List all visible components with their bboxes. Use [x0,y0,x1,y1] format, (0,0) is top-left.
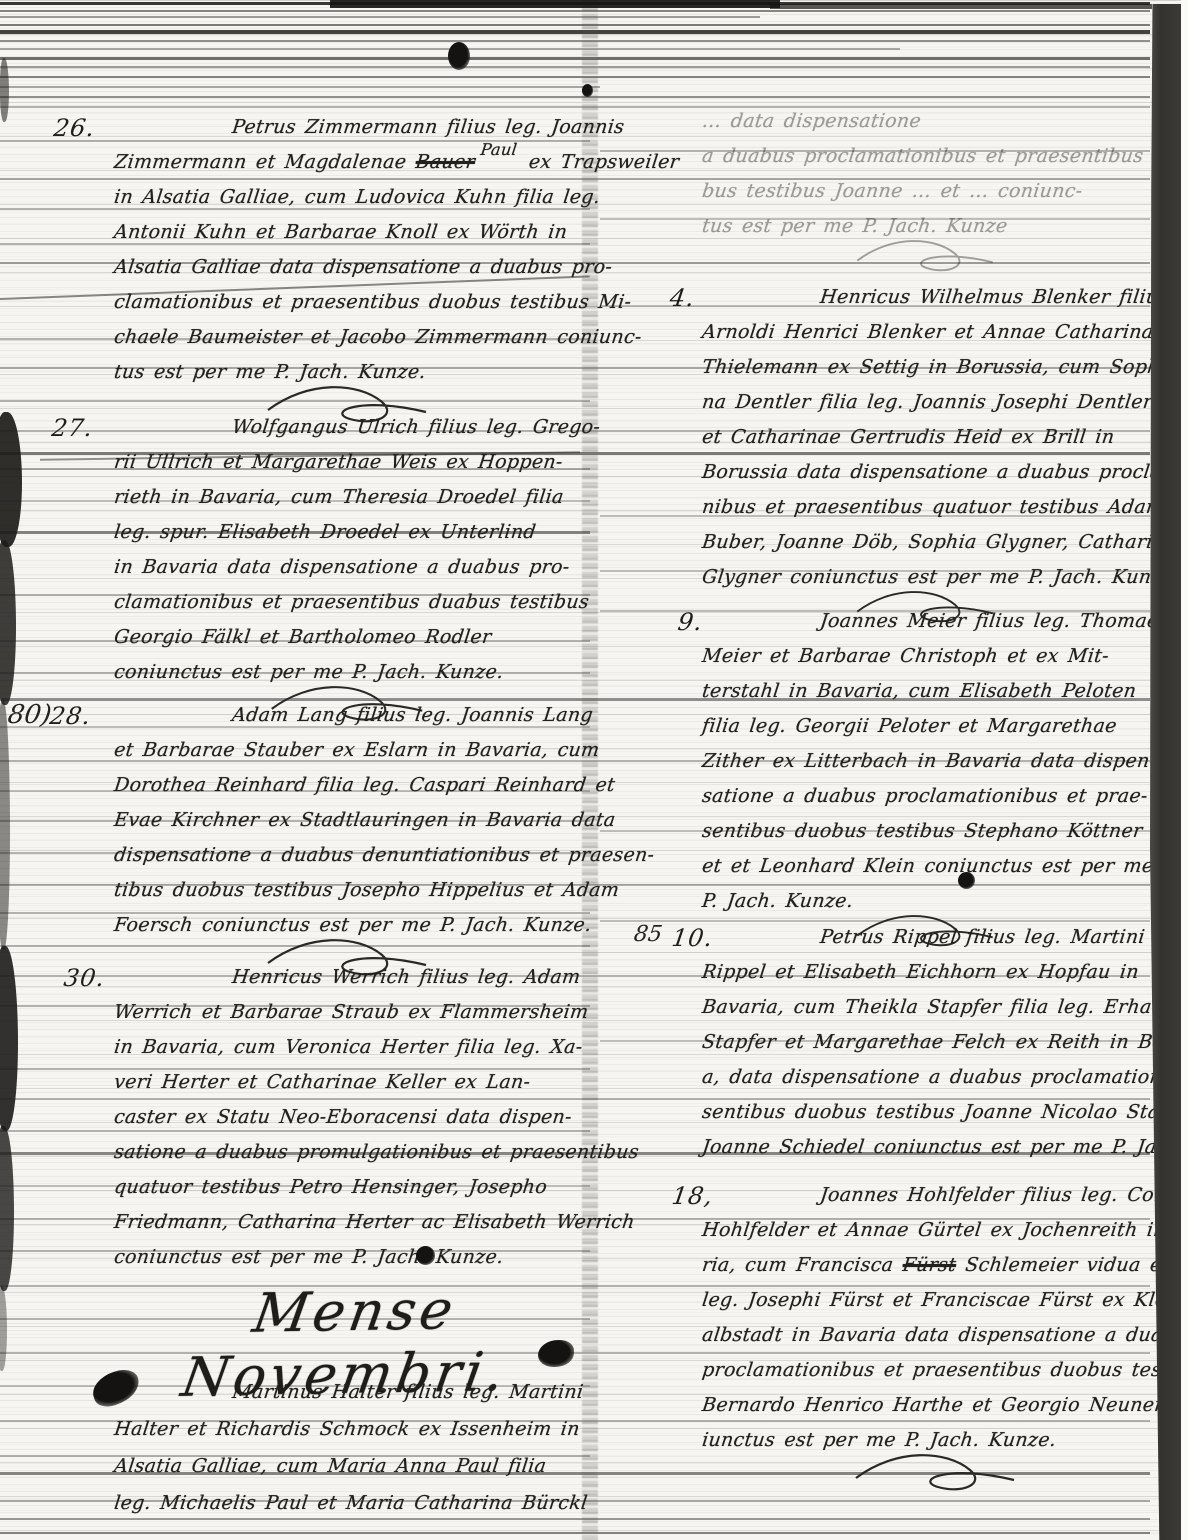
handwritten-line: Borussia data dispensatione a duabus pro… [700,455,1159,490]
handwritten-line: rieth in Bavaria, cum Theresia Droedel f… [112,480,591,515]
handwritten-line: leg. Michaelis Paul et Maria Catharina B… [112,1485,592,1522]
handwritten-line: filia leg. Georgii Peloter et Margaretha… [700,709,1159,744]
handwritten-line: Adam Lang filius leg. Joannis Lang [112,698,591,733]
scanned-register-page: { "register": { "left_column": { "entrie… [0,0,1188,1540]
handwritten-line: Antonii Kuhn et Barbarae Knoll ex Wörth … [112,215,591,250]
handwritten-line: Evae Kirchner ex Stadtlauringen in Bavar… [112,803,591,838]
handwritten-line: coniunctus est per me P. Jach. Kunze. [112,655,591,690]
register-entry-26: 26. Petrus Zimmermann filius leg. Joanni… [112,110,587,428]
signature-flourish [850,1454,1020,1496]
handwritten-line: sentibus duobus testibus Stephano Köttne… [700,814,1159,849]
scan-streak [0,57,1150,60]
handwritten-line: P. Jach. Kunze. [700,884,1159,919]
handwritten-line: satione a duabus promulgationibus et pra… [112,1135,591,1170]
handwritten-line: rii Ullrich et Margarethae Weis ex Hoppe… [112,445,591,480]
handwritten-line: Glygner coniunctus est per me P. Jach. K… [700,560,1159,595]
handwritten-line: Martinus Halter filius leg. Martini [112,1374,592,1411]
handwritten-line: ria, cum Francisca Fürst Schlemeier vidu… [700,1248,1159,1283]
handwritten-line: clamationibus et praesentibus duabus tes… [112,585,591,620]
margin-number: 80) [6,700,53,730]
right-edge-margin [1181,0,1188,1540]
scan-streak [0,24,1150,26]
handwritten-line: Buber, Joanne Döb, Sophia Glygner, Catha… [700,525,1159,560]
handwritten-line: sentibus duobus testibus Joanne Nicolao … [700,1095,1159,1130]
entry-number: 30. [62,964,107,992]
ink-blob [582,84,593,97]
handwritten-line: Georgio Fälkl et Bartholomeo Rodler [112,620,591,655]
handwritten-line: tus est per me P. Jach. Kunze [700,209,1159,244]
entry-number: 26. [52,114,97,142]
register-entry-18: 18, Joannes Hohlfelder filius leg. Conra… [700,1178,1155,1496]
handwritten-line: bus testibus Joanne … et … coniunc- [700,174,1159,209]
handwritten-line: caster ex Statu Neo-Eboracensi data disp… [112,1100,591,1135]
handwritten-line: Joannes Hohlfelder filius leg. Conradi [700,1178,1159,1213]
handwritten-line: Joanne Schiedel coniunctus est per me P.… [700,1130,1159,1165]
handwritten-line: Alsatia Galliae data dispensatione a dua… [112,250,591,285]
handwritten-line: iunctus est per me P. Jach. Kunze. [700,1423,1159,1458]
scan-streak [0,76,1150,78]
handwritten-line: chaele Baumeister et Jacobo Zimmermann c… [112,320,591,355]
handwritten-line: Joannes Meier filius leg. Thomae [700,604,1159,639]
entry-number: 28. [48,702,93,730]
ink-blob [448,42,470,70]
handwritten-line: Wolfgangus Ulrich filius leg. Grego- [112,410,591,445]
register-entry-4: 4. Henricus Wilhelmus Blenker filius leg… [700,280,1155,627]
handwritten-line: Meier et Barbarae Christoph et ex Mit- [700,639,1159,674]
register-entry-10: 85 10. Petrus Rippel filius leg. Martini… [700,920,1155,1165]
handwritten-line: Henricus Wilhelmus Blenker filius leg. [700,280,1159,315]
handwritten-line: in Bavaria, cum Veronica Herter filia le… [112,1030,591,1065]
handwritten-line: Bernardo Henrico Harthe et Georgio Neune… [700,1388,1159,1423]
scan-streak [0,16,760,18]
handwritten-line: Stapfer et Margarethae Felch ex Reith in… [700,1025,1159,1060]
scan-streak [0,66,1150,68]
entry-text: Henricus Werrich filius leg. AdamWerrich… [112,960,587,1275]
scan-streak [0,96,1150,98]
scan-streak [0,40,1150,42]
handwritten-line: nibus et praesentibus quatuor testibus A… [700,490,1159,525]
entry-text: Joannes Meier filius leg. ThomaeMeier et… [700,604,1155,919]
register-entry-9: 9. Joannes Meier filius leg. ThomaeMeier… [700,604,1155,951]
handwritten-line: Hohlfelder et Annae Gürtel ex Jochenreit… [700,1213,1159,1248]
handwritten-line: leg. spur. Elisabeth Droedel ex Unterlin… [112,515,591,550]
handwritten-line: na Dentler filia leg. Joannis Josephi De… [700,385,1159,420]
register-entry-partial: … data dispensationea duabus proclamatio… [700,104,1155,276]
entry-text: Adam Lang filius leg. Joannis Langet Bar… [112,698,587,943]
handwritten-line: … data dispensatione [700,104,1159,139]
ink-blob [416,1246,435,1265]
handwritten-line: a duabus proclamationibus et praesentibu… [700,139,1159,174]
signature-flourish [850,240,1000,276]
handwritten-line: veri Herter et Catharinae Keller ex Lan- [112,1065,591,1100]
handwritten-line: albstadt in Bavaria data dispensatione a… [700,1318,1159,1353]
entry-number: 4. [668,284,697,312]
entry-text: Martinus Halter filius leg. MartiniHalte… [112,1374,587,1522]
handwritten-line: tus est per me P. Jach. Kunze. [112,355,591,390]
handwritten-line: quatuor testibus Petro Hensinger, Joseph… [112,1170,591,1205]
handwritten-line: Foersch coniunctus est per me P. Jach. K… [112,908,591,943]
entry-text: Petrus Zimmermann filius leg. JoannisZim… [112,110,587,390]
handwritten-line: Bavaria, cum Theikla Stapfer filia leg. … [700,990,1159,1025]
handwritten-line: et et Leonhard Klein coniunctus est per … [700,849,1159,884]
margin-number: 85 [632,922,664,947]
entry-text: Henricus Wilhelmus Blenker filius leg.Ar… [700,280,1155,595]
handwritten-line: in Alsatia Galliae, cum Ludovica Kuhn fi… [112,180,591,215]
register-entry-28: 80) 28. Adam Lang filius leg. Joannis La… [112,698,587,981]
ink-blob [958,872,975,889]
handwritten-line: terstahl in Bavaria, cum Elisabeth Pelot… [700,674,1159,709]
handwritten-line: in Bavaria data dispensatione a duabus p… [112,550,591,585]
scan-streak [0,1532,1150,1534]
register-entry-27: 27. Wolfgangus Ulrich filius leg. Grego-… [112,410,587,726]
register-entry-november-1: Martinus Halter filius leg. MartiniHalte… [112,1374,587,1522]
handwritten-line: Arnoldi Henrici Blenker et Annae Cathari… [700,315,1159,350]
handwritten-line: dispensatione a duabus denuntiationibus … [112,838,591,873]
handwritten-line: coniunctus est per me P. Jach. Kunze. [112,1240,591,1275]
handwritten-line: proclamationibus et praesentibus duobus … [700,1353,1159,1388]
handwritten-line: Zither ex Litterbach in Bavaria data dis… [700,744,1159,779]
register-entry-30: 30. Henricus Werrich filius leg. AdamWer… [112,960,587,1275]
top-edge-bar [330,0,780,8]
handwritten-line: leg. Josephi Fürst et Franciscae Fürst e… [700,1283,1159,1318]
entry-text: Joannes Hohlfelder filius leg. ConradiHo… [700,1178,1155,1458]
handwritten-line: tibus duobus testibus Josepho Hippelius … [112,873,591,908]
handwritten-line: Petrus Rippel filius leg. Martini [700,920,1159,955]
scan-streak [0,10,1150,12]
top-edge-bar [770,4,1152,9]
handwritten-line: clamationibus et praesentibus duobus tes… [112,285,591,320]
entry-text: Petrus Rippel filius leg. MartiniRippel … [700,920,1155,1165]
handwritten-line: Friedmann, Catharina Herter ac Elisabeth… [112,1205,591,1240]
left-edge-blotch [0,58,9,122]
scan-streak [0,86,600,88]
entry-text: Wolfgangus Ulrich filius leg. Grego-rii … [112,410,587,690]
handwritten-line: a, data dispensatione a duabus proclamat… [700,1060,1159,1095]
handwritten-line: Dorothea Reinhard filia leg. Caspari Rei… [112,768,591,803]
handwritten-line: Rippel et Elisabeth Eichhorn ex Hopfau i… [700,955,1159,990]
handwritten-line: satione a duabus proclamationibus et pra… [700,779,1159,814]
handwritten-line: Thielemann ex Settig in Borussia, cum So… [700,350,1159,385]
handwritten-line: et Barbarae Stauber ex Eslarn in Bavaria… [112,733,591,768]
entry-number: 27. [50,414,95,442]
handwritten-line: Zimmermann et Magdalenae BauerPaul ex Tr… [112,145,591,180]
handwritten-line: Werrich et Barbarae Straub ex Flammershe… [112,995,591,1030]
handwritten-line: et Catharinae Gertrudis Heid ex Brill in [700,420,1159,455]
handwritten-line: Alsatia Galliae, cum Maria Anna Paul fil… [112,1448,592,1485]
scan-streak [0,30,1150,34]
handwritten-line: Halter et Richardis Schmock ex Issenheim… [112,1411,592,1448]
entry-text: … data dispensationea duabus proclamatio… [700,104,1155,244]
handwritten-line: Henricus Werrich filius leg. Adam [112,960,591,995]
